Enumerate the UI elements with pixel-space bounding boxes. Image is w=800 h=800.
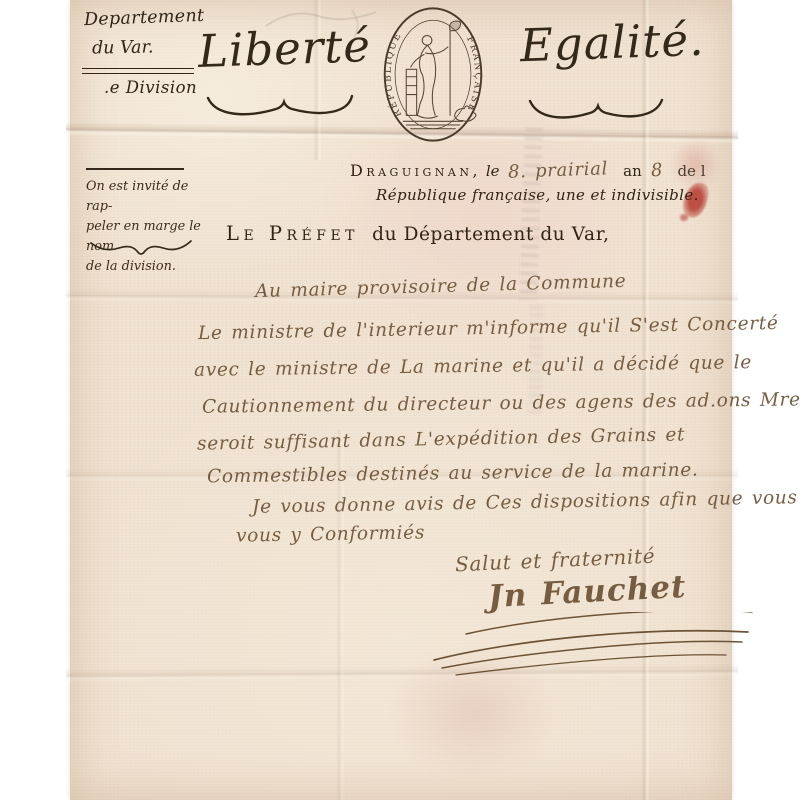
brace-flourish	[88, 238, 194, 256]
letter-heading: Le Préfet du Département du Var,	[226, 222, 610, 245]
dateline-le: le	[486, 162, 500, 180]
motto-liberte: Liberté	[197, 19, 372, 78]
photo-canvas: Departement du Var. .e Division Liberté …	[0, 0, 800, 800]
department-name-line1: Departement	[84, 6, 205, 30]
svg-text:RÉPUBLIQUE: RÉPUBLIQUE	[383, 30, 405, 119]
signature-flourish	[426, 612, 756, 682]
swash-flourish	[204, 92, 356, 122]
swash-flourish	[526, 96, 666, 126]
dateline-an: an	[623, 162, 642, 180]
body-line: Le ministre de l'interieur m'informe qu'…	[198, 313, 779, 344]
seal-text-francaise: FRANÇAISE	[464, 35, 483, 115]
body-line: Cautionnement du directeur ou des agens …	[202, 389, 800, 417]
closing-line: vous y Conformiés	[236, 522, 425, 546]
seal-text-republique: RÉPUBLIQUE	[383, 30, 405, 119]
double-rule-divider	[82, 68, 194, 74]
republic-seal: RÉPUBLIQUE FRANÇAISE	[381, 0, 485, 149]
marianne-figure-icon	[403, 21, 476, 129]
salutation-line: Au maire provisoire de la Commune	[255, 271, 627, 302]
department-name-line2: du Var.	[92, 37, 154, 58]
margin-note-line: On est invité de rap-	[86, 177, 202, 217]
margin-note-rule	[86, 168, 184, 170]
closing-line: Je vous donne avis de Ces dispositions a…	[252, 487, 798, 518]
motto-egalite: Egalité.	[519, 13, 705, 72]
dateline-tail: de l	[677, 162, 705, 180]
letter-document: Departement du Var. .e Division Liberté …	[70, 0, 732, 800]
dateline-place: Draguignan,	[350, 161, 481, 180]
handwritten-year: 8	[650, 160, 664, 182]
handwritten-date: 8. prairial	[508, 158, 609, 182]
heading-rest: du Département du Var,	[372, 224, 609, 245]
dateline-line2: République française, une et indivisible…	[376, 186, 699, 204]
heading-prefet: Le Préfet	[226, 222, 359, 245]
body-line: seroit suffisant dans L'expédition des G…	[197, 424, 686, 454]
body-line: Commestibles destinés au service de la m…	[207, 460, 699, 488]
wax-seal-mark	[680, 214, 688, 221]
margin-note: On est invité de rap- peler en marge le …	[86, 177, 202, 277]
division-line: .e Division	[104, 78, 197, 97]
svg-text:FRANÇAISE: FRANÇAISE	[464, 35, 483, 115]
dateline: Draguignan, le 8. prairial an 8 de l	[350, 160, 706, 181]
signature: Jn Fauchet	[487, 569, 687, 615]
body-line: avec le ministre de La marine et qu'il a…	[194, 352, 752, 381]
margin-note-line: de la division.	[86, 257, 202, 277]
